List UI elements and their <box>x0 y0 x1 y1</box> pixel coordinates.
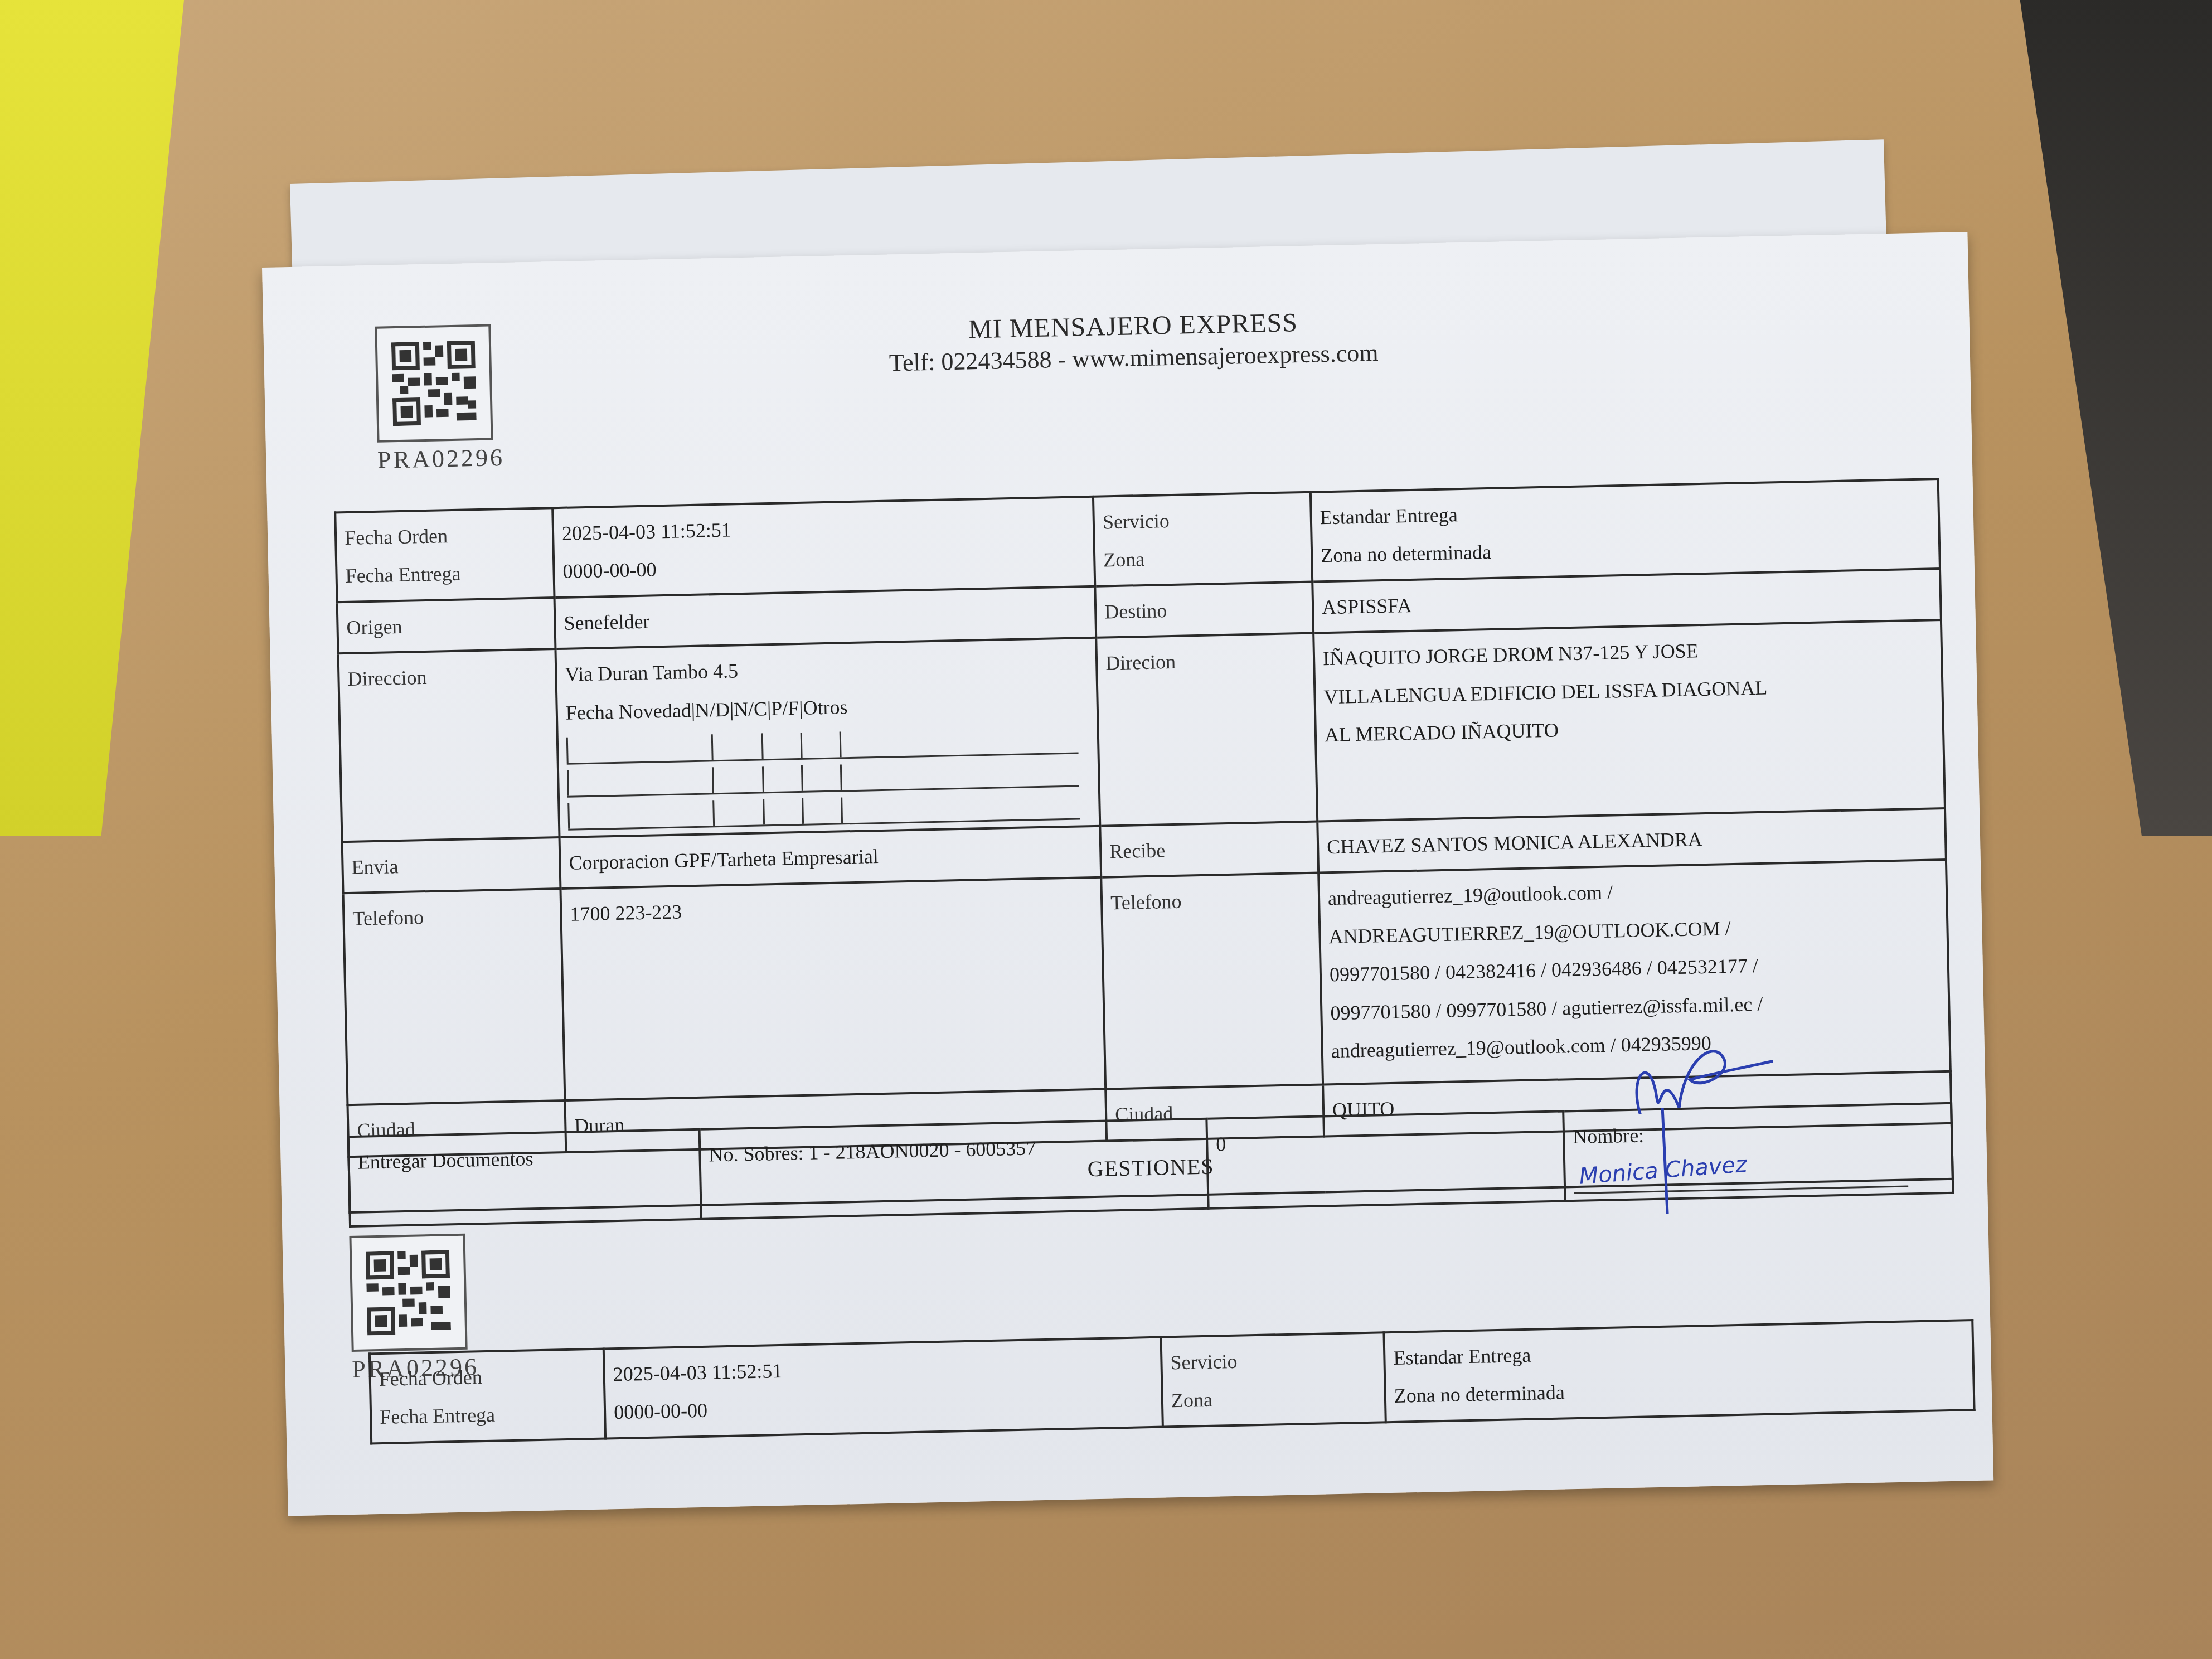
telefono-destino-label: Telefono <box>1101 873 1323 1089</box>
gestion-tipo: Entregar Documentos <box>348 1129 701 1226</box>
background-object <box>1978 0 2212 836</box>
direccion-origen-label: Direccion <box>338 649 560 842</box>
qr-block: PRA02296 <box>375 324 505 474</box>
nombre-signature-line: Monica Chavez <box>1573 1163 1908 1194</box>
telefono-origen-value: 1700 223-223 <box>560 877 1105 1100</box>
fecha-entrega-label: Fecha Entrega <box>380 1394 596 1437</box>
servicio-label: Servicio <box>1170 1340 1376 1382</box>
telefono-origen-label: Telefono <box>343 889 565 1105</box>
table-row: Telefono 1700 223-223 Telefono andreagut… <box>343 860 1951 1105</box>
nombre-label: Nombre: <box>1573 1124 1645 1148</box>
yellow-folder <box>0 0 184 836</box>
qr-code-icon <box>349 1234 467 1352</box>
zona-label: Zona <box>1171 1377 1376 1420</box>
guide-code: PRA02296 <box>377 443 505 474</box>
table-row: Fecha Orden Fecha Entrega 2025-04-03 11:… <box>370 1320 1975 1443</box>
delivery-guide-sheet: MI MENSAJERO EXPRESS Telf: 022434588 - w… <box>262 232 1993 1516</box>
novedad-grid <box>566 721 1092 831</box>
direccion-destino-label: Direcion <box>1096 633 1317 826</box>
fecha-entrega-label: Fecha Entrega <box>345 553 545 595</box>
origen-label: Origen <box>337 598 556 654</box>
handwritten-name: Monica Chavez <box>1578 1143 1749 1198</box>
fecha-orden-label: Fecha Orden <box>379 1356 595 1399</box>
recibe-label: Recibe <box>1100 822 1318 878</box>
qr-code-icon <box>375 324 493 442</box>
gestion-cantidad: 0 <box>1206 1111 1565 1208</box>
envia-label: Envia <box>342 837 561 894</box>
zona-label: Zona <box>1103 537 1303 579</box>
servicio-label: Servicio <box>1102 499 1302 541</box>
gestion-sobres: No. Sobres: 1 - 218AON0020 - 6005357 <box>700 1119 1209 1219</box>
fecha-orden-label: Fecha Orden <box>344 515 544 557</box>
table-row: Direccion Via Duran Tambo 4.5 Fecha Nove… <box>338 620 1945 842</box>
document-header: MI MENSAJERO EXPRESS Telf: 022434588 - w… <box>798 304 1468 379</box>
destino-label: Destino <box>1095 581 1313 638</box>
delivery-form-table-copy: Fecha Orden Fecha Entrega 2025-04-03 11:… <box>368 1319 1976 1444</box>
delivery-form-table: Fecha Orden Fecha Entrega 2025-04-03 11:… <box>334 478 1954 1214</box>
